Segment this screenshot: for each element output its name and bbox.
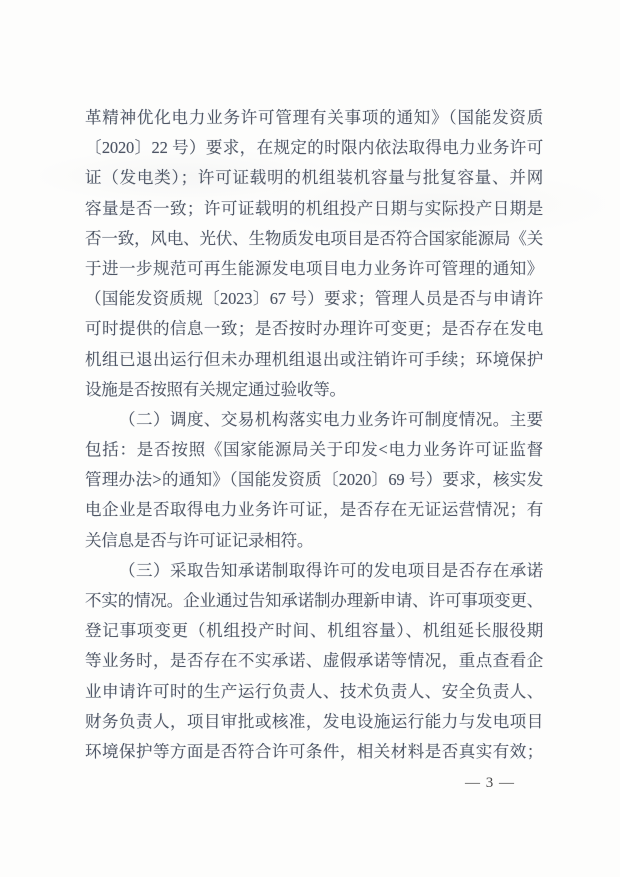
text-line: （三）采取告知承诺制取得许可的发电项目是否存在承诺 [85,556,543,586]
text-line: 否一致，风电、光伏、生物质发电项目是否符合国家能源局《关 [85,224,543,254]
text-line: 设施是否按照有关规定通过验收等。 [85,375,543,405]
text-line: 关信息是否与许可证记录相符。 [85,526,543,556]
text-line: 容量是否一致；许可证载明的机组投产日期与实际投产日期是 [85,194,543,224]
document-text-block: 革精神优化电力业务许可管理有关事项的通知》（国能发资质〔2020〕22 号）要求… [85,103,543,767]
text-line: 包括：是否按照《国家能源局关于印发<电力业务许可证监督 [85,435,543,465]
text-line: 财务负责人，项目审批或核准，发电设施运行能力与发电项目 [85,707,543,737]
document-page: 革精神优化电力业务许可管理有关事项的通知》（国能发资质〔2020〕22 号）要求… [0,0,620,877]
text-line: 机组已退出运行但未办理机组退出或注销许可手续；环境保护 [85,345,543,375]
text-line: 电企业是否取得电力业务许可证，是否存在无证运营情况；有 [85,495,543,525]
text-line: 于进一步规范可再生能源发电项目电力业务许可管理的通知》 [85,254,543,284]
text-line: 管理办法>的通知》（国能发资质〔2020〕69 号）要求，核实发 [85,465,543,495]
text-line: 业申请许可时的生产运行负责人、技术负责人、安全负责人、 [85,677,543,707]
text-line: （二）调度、交易机构落实电力业务许可制度情况。主要 [85,405,543,435]
page-number: — 3 — [450,771,530,795]
text-line: 环境保护等方面是否符合许可条件，相关材料是否真实有效； [85,737,543,767]
text-line: 革精神优化电力业务许可管理有关事项的通知》（国能发资质 [85,103,543,133]
text-line: 可时提供的信息一致；是否按时办理许可变更；是否存在发电 [85,314,543,344]
text-line: 证（发电类）；许可证载明的机组装机容量与批复容量、并网 [85,163,543,193]
text-line: 登记事项变更（机组投产时间、机组容量）、机组延长服役期 [85,616,543,646]
text-line: 等业务时，是否存在不实承诺、虚假承诺等情况，重点查看企 [85,646,543,676]
text-line: 〔2020〕22 号）要求，在规定的时限内依法取得电力业务许可 [85,133,543,163]
text-line: 不实的情况。企业通过告知承诺制办理新申请、许可事项变更、 [85,586,543,616]
text-line: （国能发资质规〔2023〕67 号）要求；管理人员是否与申请许 [85,284,543,314]
